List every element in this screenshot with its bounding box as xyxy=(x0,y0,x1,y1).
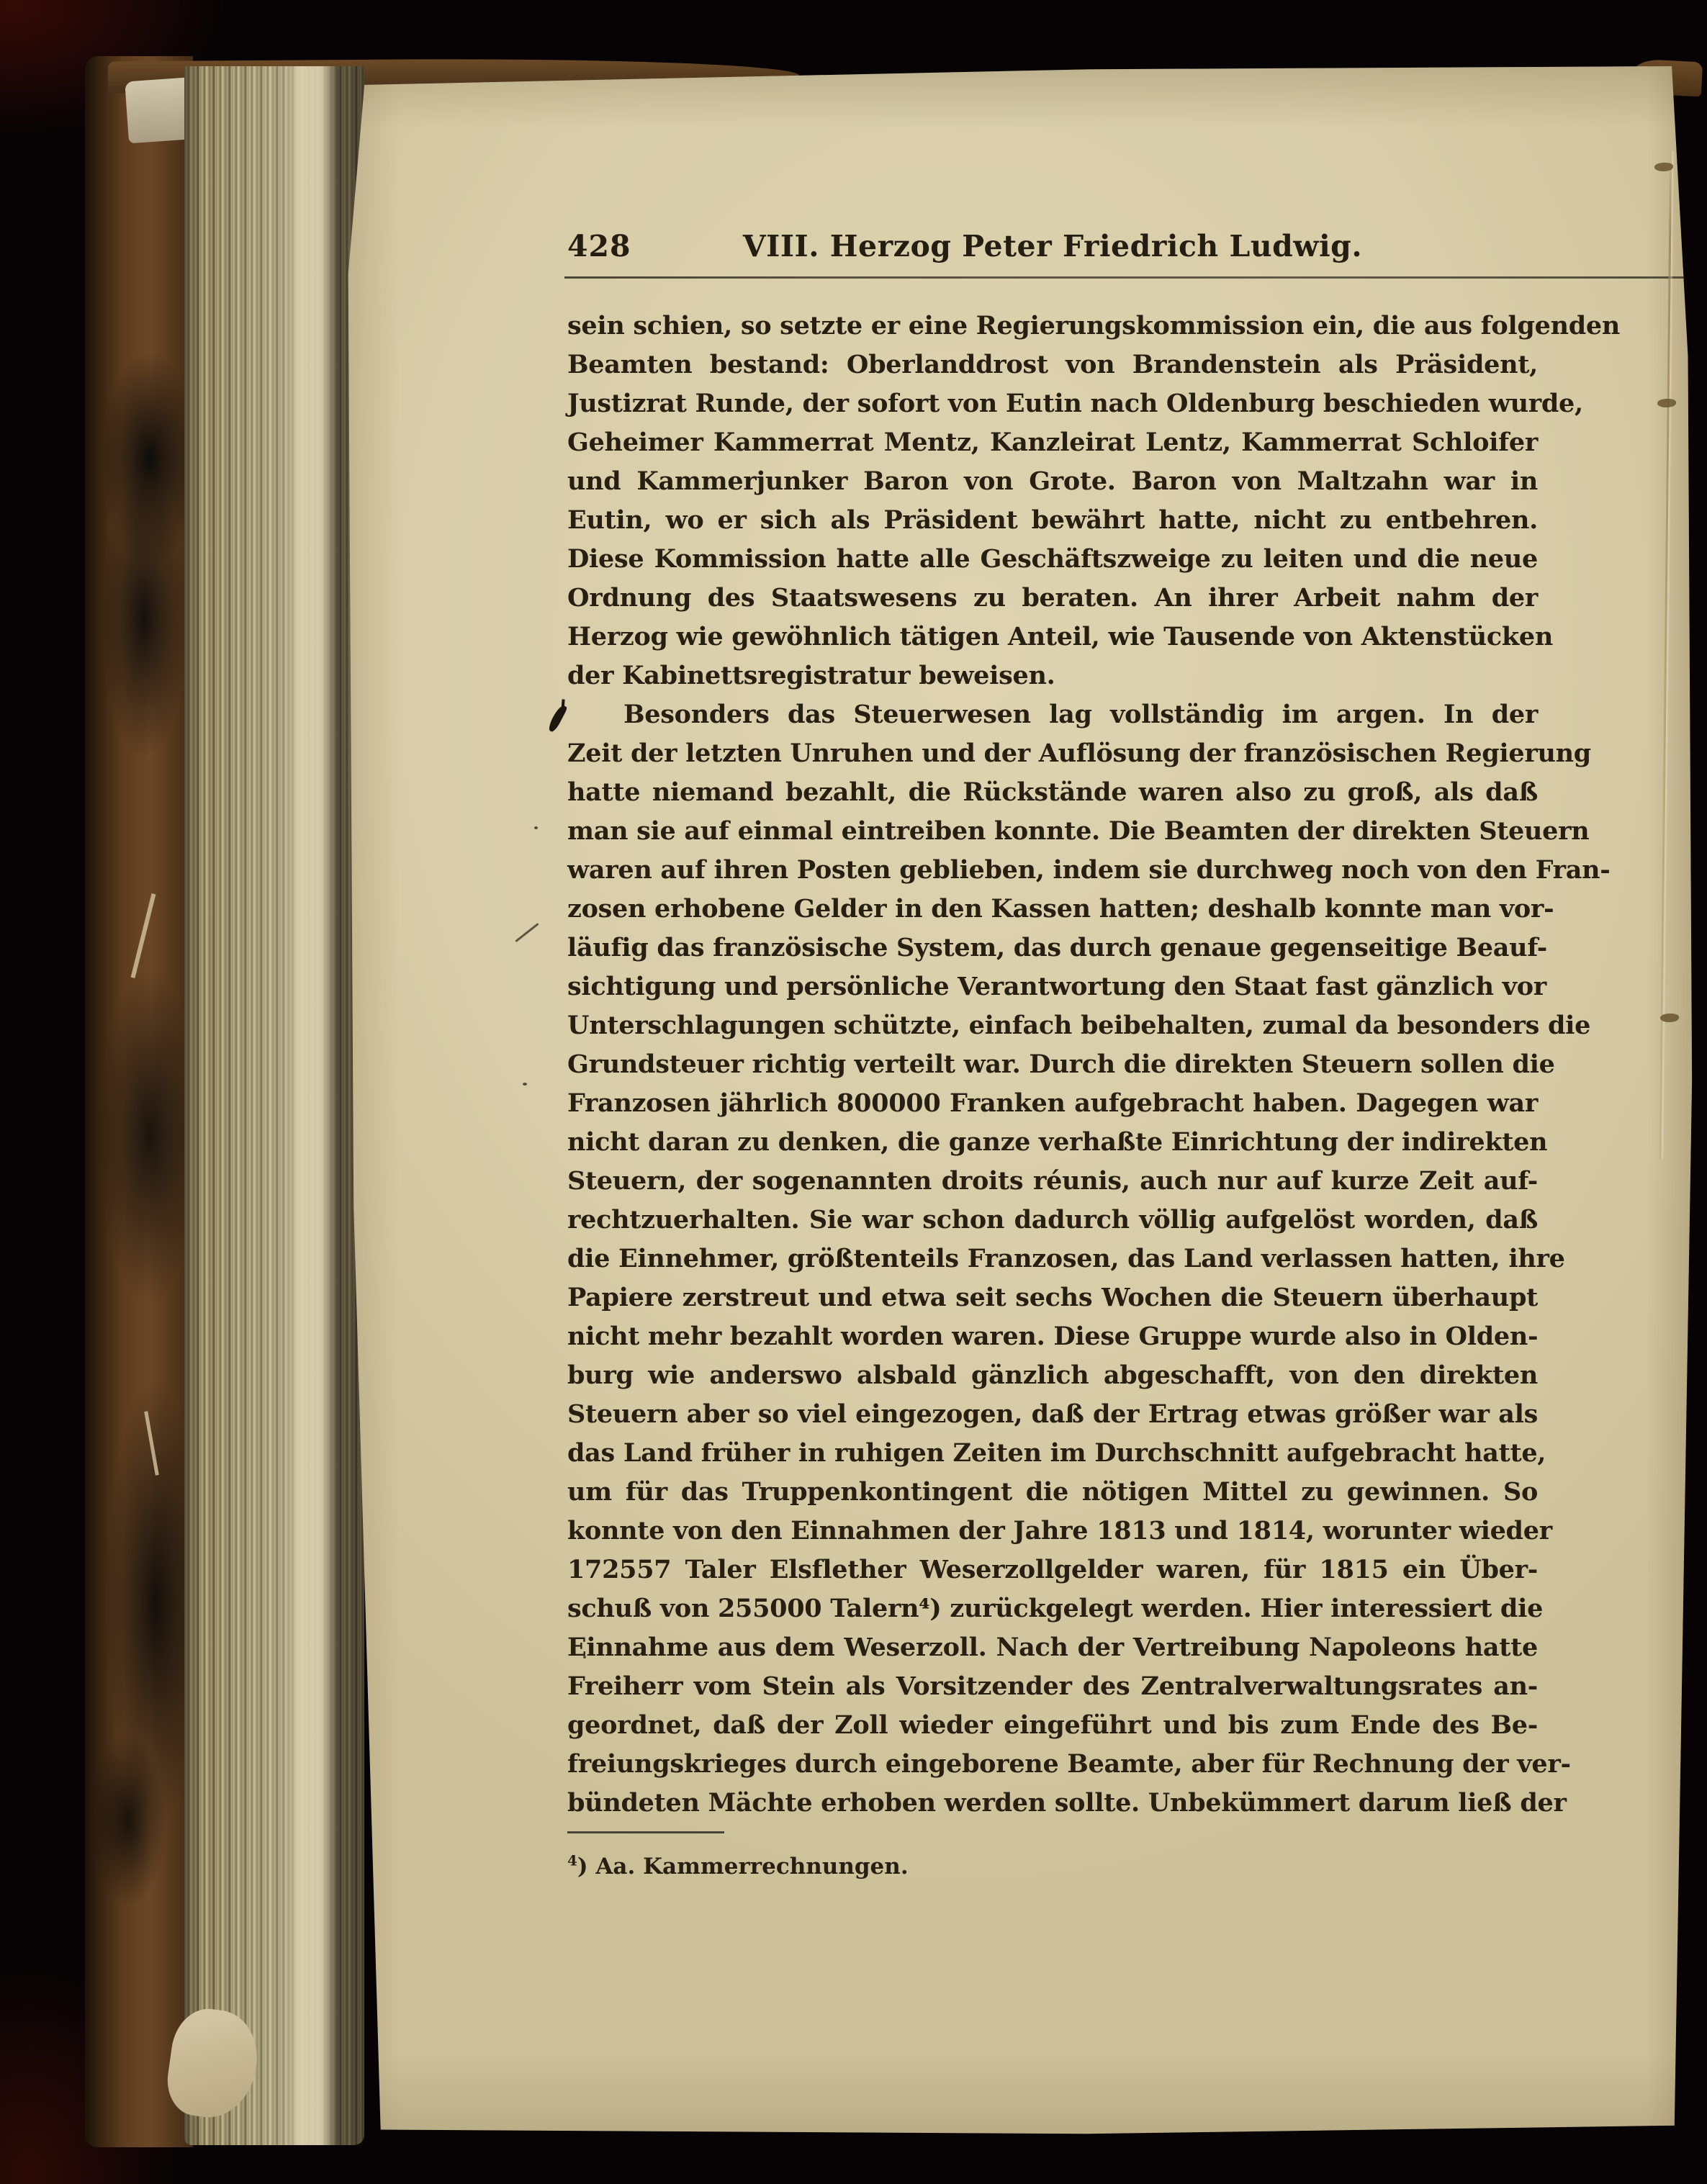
body-line: Unterschlagungen schützte, einfach beibe… xyxy=(567,1006,1538,1045)
pencil-margin-mark xyxy=(515,923,539,942)
ink-blot-mark xyxy=(546,704,567,734)
binding-notch xyxy=(1657,399,1676,407)
chapter-title: VIII. Herzog Peter Friedrich Ludwig. xyxy=(567,229,1538,263)
body-line: und Kammerjunker Baron von Grote. Baron … xyxy=(567,462,1538,501)
book-spine xyxy=(85,56,193,2147)
body-line: nicht daran zu denken, die ganze verhaßt… xyxy=(567,1123,1538,1162)
photograph-of-book-page: { "colors": { "backdrop": "#070304", "pa… xyxy=(0,0,1707,2184)
footnote-text: ) Aa. Kammerrechnungen. xyxy=(577,1854,909,1880)
body-line: hatte niemand bezahlt, die Rückstände wa… xyxy=(567,773,1538,812)
body-line: geordnet, daß der Zoll wieder eingeführt… xyxy=(567,1706,1538,1745)
footnote-marker: 4 xyxy=(567,1852,577,1869)
paper-speck xyxy=(583,1656,586,1659)
body-line: schuß von 255000 Talern⁴) zurückgelegt w… xyxy=(567,1589,1538,1628)
body-text: sein schien, so setzte er eine Regierung… xyxy=(567,307,1538,1823)
body-line: Grundsteuer richtig verteilt war. Durch … xyxy=(567,1045,1538,1084)
footnote: 4) Aa. Kammerrechnungen. xyxy=(567,1850,1215,1883)
paper-crease xyxy=(1659,151,1672,1159)
body-line: sein schien, so setzte er eine Regierung… xyxy=(567,307,1538,346)
body-line: 172557 Taler Elsflether Weserzollgelder … xyxy=(567,1551,1538,1589)
body-line: Diese Kommission hatte alle Geschäftszwe… xyxy=(567,540,1538,579)
body-line: um für das Truppenkontingent die nötigen… xyxy=(567,1473,1538,1512)
body-line: Steuern aber so viel eingezogen, daß der… xyxy=(567,1395,1538,1434)
body-line: der Kabinettsregistratur beweisen. xyxy=(567,656,1538,695)
body-line: rechtzuerhalten. Sie war schon dadurch v… xyxy=(567,1201,1538,1240)
body-line: sichtigung und persönliche Verantwortung… xyxy=(567,967,1538,1006)
body-line: die Einnehmer, größtenteils Franzosen, d… xyxy=(567,1240,1538,1278)
body-line: Steuern, der sogenannten droits réunis, … xyxy=(567,1162,1538,1201)
page-edge-highlight xyxy=(282,66,338,2145)
body-line: nicht mehr bezahlt worden waren. Diese G… xyxy=(567,1317,1538,1356)
body-line: konnte von den Einnahmen der Jahre 1813 … xyxy=(567,1512,1538,1551)
body-line: Herzog wie gewöhnlich tätigen Anteil, wi… xyxy=(567,618,1538,656)
body-line: Franzosen jährlich 800000 Franken aufgeb… xyxy=(567,1084,1538,1123)
body-line: burg wie anderswo alsbald gänzlich abges… xyxy=(567,1356,1538,1395)
body-line: das Land früher in ruhigen Zeiten im Dur… xyxy=(567,1434,1538,1473)
body-line: waren auf ihren Posten geblieben, indem … xyxy=(567,851,1538,890)
body-line: Ordnung des Staatswesens zu beraten. An … xyxy=(567,579,1538,618)
binding-notch xyxy=(1660,1014,1679,1022)
running-header: 428 VIII. Herzog Peter Friedrich Ludwig. xyxy=(567,229,1538,266)
body-line: Zeit der letzten Unruhen und der Auflösu… xyxy=(567,734,1538,773)
header-rule xyxy=(564,276,1707,279)
body-line: Papiere zerstreut und etwa seit sechs Wo… xyxy=(567,1278,1538,1317)
body-line: freiungskrieges durch eingeborene Beamte… xyxy=(567,1745,1538,1784)
body-line: Beamten bestand: Oberlanddrost von Brand… xyxy=(567,346,1538,384)
paper-speck xyxy=(523,1083,527,1086)
body-line: Besonders das Steuerwesen lag vollständi… xyxy=(567,695,1538,734)
body-line: Eutin, wo er sich als Präsident bewährt … xyxy=(567,501,1538,540)
body-line: Freiherr vom Stein als Vorsitzender des … xyxy=(567,1667,1538,1706)
body-line: Einnahme aus dem Weserzoll. Nach der Ver… xyxy=(567,1628,1538,1667)
book-page: 428 VIII. Herzog Peter Friedrich Ludwig.… xyxy=(346,66,1693,2138)
footnote-rule xyxy=(567,1831,724,1833)
binding-notch xyxy=(1654,163,1673,171)
body-line: zosen erhobene Gelder in den Kassen hatt… xyxy=(567,890,1538,929)
body-line: bündeten Mächte erhoben werden sollte. U… xyxy=(567,1784,1538,1823)
body-line: Justizrat Runde, der sofort von Eutin na… xyxy=(567,384,1538,423)
paper-speck xyxy=(534,826,538,829)
body-line: Geheimer Kammerrat Mentz, Kanzleirat Len… xyxy=(567,423,1538,462)
body-line: man sie auf einmal eintreiben konnte. Di… xyxy=(567,812,1538,851)
body-line: läufig das französische System, das durc… xyxy=(567,929,1538,967)
